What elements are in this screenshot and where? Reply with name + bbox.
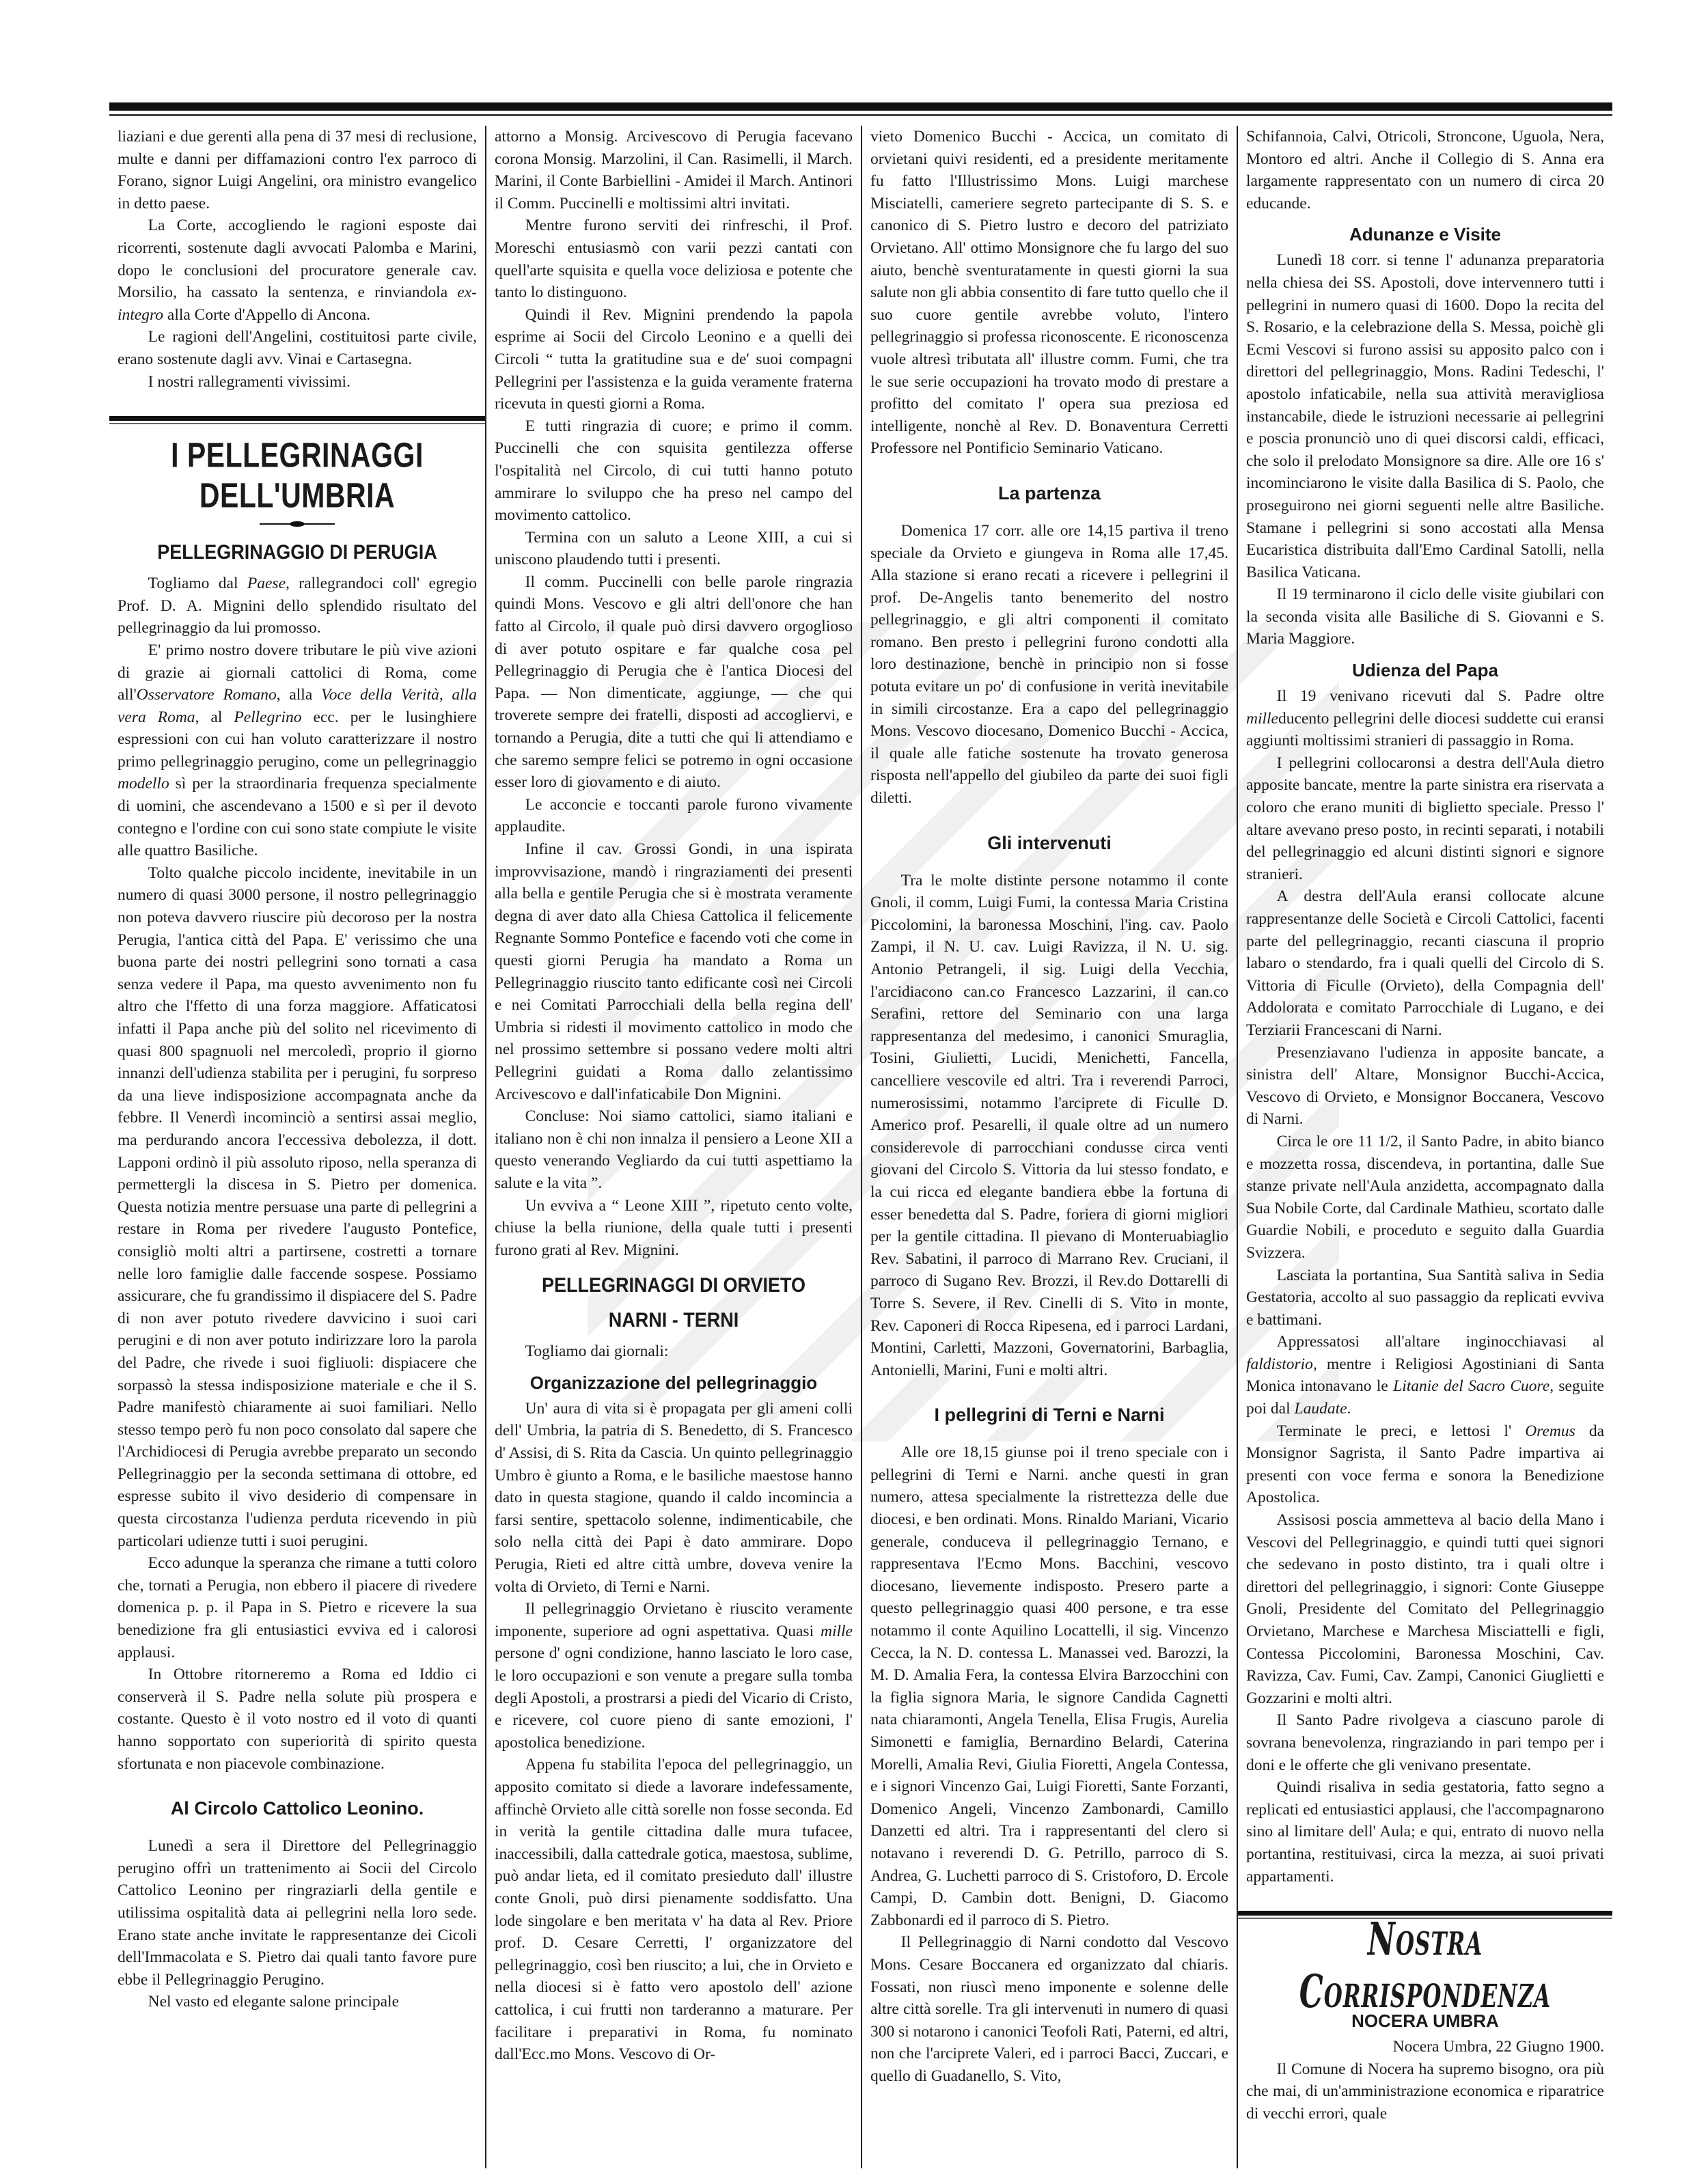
paragraph: liaziani e due gerenti alla pena di 37 m… — [118, 126, 477, 215]
paragraph: Togliamo dal Paese, rallegrandoci coll' … — [118, 572, 477, 639]
column-3: vieto Domenico Bucchi - Accica, un comit… — [861, 126, 1237, 2168]
paragraph: Terminate le preci, e lettosi l' Oremus … — [1246, 1420, 1604, 1509]
subheading: Adunanze e Visite — [1246, 224, 1604, 245]
paragraph: Un' aura di vita si è propagata per gli … — [495, 1398, 853, 1598]
italic-term: Laudate — [1295, 1400, 1347, 1418]
subheading: La partenza — [870, 479, 1228, 508]
section-headline: I PELLEGRINAGGI DELL'UMBRIA — [118, 435, 477, 516]
paragraph: Il 19 venivano ricevuti dal S. Padre olt… — [1246, 685, 1604, 752]
paragraph: Concluse: Noi siamo cattolici, siamo ita… — [495, 1105, 853, 1194]
top-rule-thin — [109, 114, 1612, 116]
paragraph: La Corte, accogliendo le ragioni esposte… — [118, 215, 477, 326]
paragraph: Mentre furono serviti dei rinfreschi, il… — [495, 215, 853, 303]
newspaper-page: liaziani e due gerenti alla pena di 37 m… — [109, 102, 1612, 2172]
paragraph: Un evviva a “ Leone XIII ”, ripetuto cen… — [495, 1195, 853, 1262]
article-headline: PELLEGRINAGGIO DI PERUGIA — [118, 541, 477, 564]
subheading: Udienza del Papa — [1246, 660, 1604, 681]
paragraph: attorno a Monsig. Arcivescovo di Perugia… — [495, 126, 853, 215]
paragraph: Il comm. Puccinelli con belle parole rin… — [495, 571, 853, 794]
paragraph: Termina con un saluto a Leone XIII, a cu… — [495, 527, 853, 571]
paragraph: Il 19 terminarono il ciclo delle visite … — [1246, 583, 1604, 650]
paragraph: Nel vasto ed elegante salone principale — [118, 1991, 477, 2013]
paragraph: Lasciata la portantina, Sua Santità sali… — [1246, 1265, 1604, 1331]
paragraph: Quindi il Rev. Mignini prendendo la papo… — [495, 304, 853, 415]
paragraph: Lunedì a sera il Direttore del Pellegrin… — [118, 1835, 477, 1991]
italic-term: mille — [1246, 710, 1278, 728]
paragraph: Il Comune di Nocera ha supremo bisogno, … — [1246, 2058, 1604, 2125]
italic-term: modello — [118, 775, 169, 792]
subheading: Organizzazione del pellegrinaggio — [495, 1372, 853, 1394]
italic-term: Paese — [247, 575, 286, 592]
paragraph: E tutti ringrazia di cuore; e primo il c… — [495, 415, 853, 527]
paragraph: Assisosi poscia ammetteva al bacio della… — [1246, 1509, 1604, 1709]
paragraph: Lunedì 18 corr. si tenne l' adunanza pre… — [1246, 249, 1604, 583]
paragraph: I nostri rallegramenti vivissimi. — [118, 371, 477, 393]
paragraph: Schifannoia, Calvi, Otricoli, Stroncone,… — [1246, 126, 1604, 215]
subheading: I pellegrini di Terni e Narni — [870, 1400, 1228, 1429]
rule-thin — [109, 423, 485, 424]
columns: liaziani e due gerenti alla pena di 37 m… — [109, 126, 1612, 2168]
paragraph: Presenziavano l'udienza in apposite banc… — [1246, 1042, 1604, 1131]
column-2: attorno a Monsig. Arcivescovo di Perugia… — [485, 126, 861, 2168]
paragraph: Tolto qualche piccolo incidente, inevita… — [118, 862, 477, 1552]
paragraph: Ecco adunque la speranza che rimane a tu… — [118, 1552, 477, 1663]
paragraph: Togliamo dai giornali: — [495, 1340, 853, 1363]
paragraph: Il Santo Padre rivolgeva a ciascuno paro… — [1246, 1709, 1604, 1776]
italic-term: Litanie del Sacro Cuore — [1393, 1377, 1549, 1395]
paragraph: Quindi risaliva in sedia gestatoria, fat… — [1246, 1776, 1604, 1888]
article-headline: PELLEGRINAGGI DI ORVIETO — [495, 1274, 853, 1297]
top-rule — [109, 102, 1612, 111]
section-rule — [118, 416, 477, 424]
paragraph: vieto Domenico Bucchi - Accica, un comit… — [870, 126, 1228, 460]
paragraph: Le ragioni dell'Angelini, costituitosi p… — [118, 326, 477, 370]
italic-term: ex-integro — [118, 284, 477, 324]
paragraph: E' primo nostro dovere tributare le più … — [118, 639, 477, 862]
article-headline: NARNI - TERNI — [495, 1309, 853, 1332]
paragraph: A destra dell'Aula eransi collocate alcu… — [1246, 885, 1604, 1041]
italic-term: mille — [821, 1622, 853, 1640]
paragraph: Alle ore 18,15 giunse poi il treno speci… — [870, 1441, 1228, 1931]
subheading: Gli intervenuti — [870, 829, 1228, 857]
paragraph: Le acconcie e toccanti parole furono viv… — [495, 794, 853, 838]
paragraph: Appressatosi all'altare inginocchiavasi … — [1246, 1331, 1604, 1420]
paragraph: Il pellegrinaggio Orvietano è riuscito v… — [495, 1598, 853, 1754]
dateline: Nocera Umbra, 22 Giugno 1900. — [1246, 2036, 1604, 2058]
italic-term: Osservatore Romano — [137, 686, 277, 704]
paragraph: I pellegrini collocaronsi a destra dell'… — [1246, 752, 1604, 886]
column-1: liaziani e due gerenti alla pena di 37 m… — [109, 126, 485, 2168]
ornament-divider-icon — [260, 521, 335, 527]
column-4: Schifannoia, Calvi, Otricoli, Stroncone,… — [1237, 126, 1612, 2168]
paragraph: Infine il cav. Grossi Gondi, in una ispi… — [495, 838, 853, 1105]
paragraph: Il Pellegrinaggio di Narni condotto dal … — [870, 1931, 1228, 2087]
paragraph: In Ottobre ritorneremo a Roma ed Iddio c… — [118, 1663, 477, 1775]
subheading: Al Circolo Cattolico Leonino. — [118, 1794, 477, 1823]
paragraph: Circa le ore 11 1/2, il Santo Padre, in … — [1246, 1131, 1604, 1265]
paragraph: Domenica 17 corr. alle ore 14,15 partiva… — [870, 520, 1228, 810]
italic-term: Pellegrino — [234, 708, 301, 726]
rule-thick — [109, 416, 485, 421]
paragraph: Appena fu stabilita l'epoca del pellegri… — [495, 1754, 853, 2065]
paragraph: Tra le molte distinte persone notammo il… — [870, 870, 1228, 1382]
italic-term: faldistorio — [1246, 1355, 1313, 1373]
correspondence-masthead: Nostra Corrispondenza — [1246, 1914, 1604, 2019]
italic-term: Oremus — [1525, 1422, 1575, 1440]
